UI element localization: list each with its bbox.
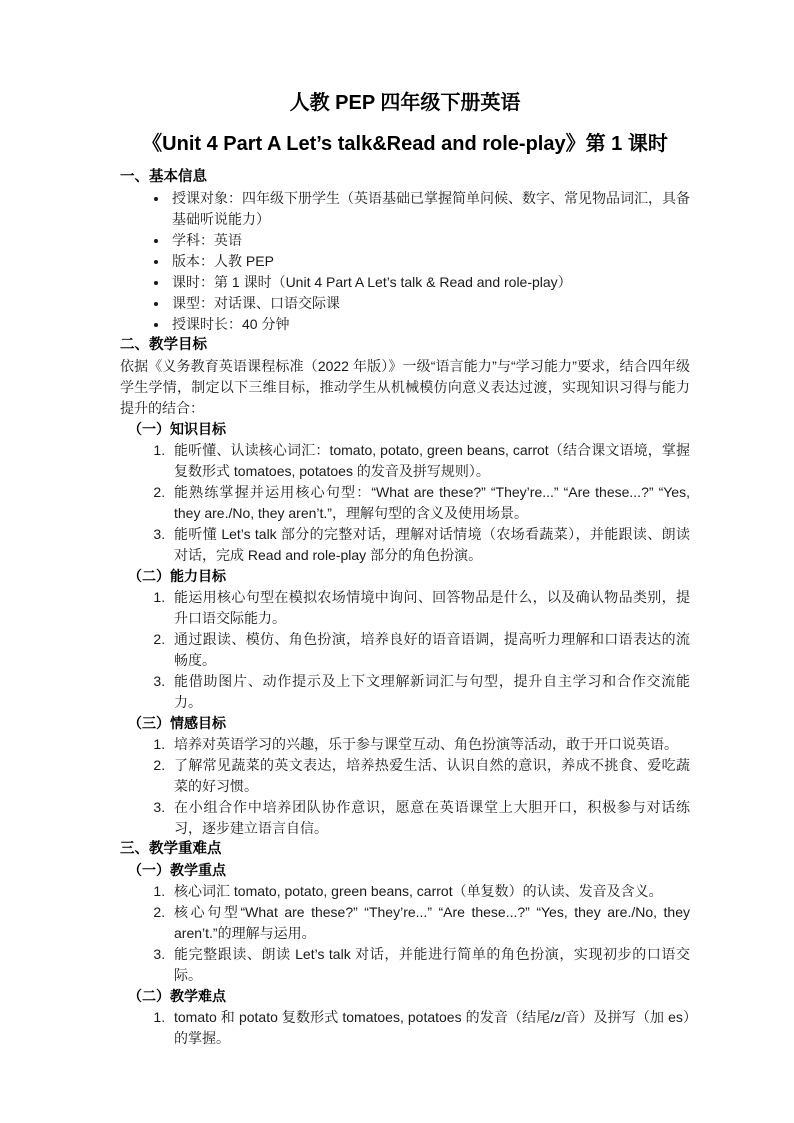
list-item: 在小组合作中培养团队协作意识，愿意在英语课堂上大胆开口，积极参与对话练习，逐步建… [169,797,690,839]
list-item: 课时：第 1 课时（Unit 4 Part A Let’s talk & Rea… [169,272,690,293]
section-basic-info: 一、基本信息 授课对象：四年级下册学生（英语基础已掌握简单问候、数字、常见物品词… [120,167,690,335]
objectives-intro: 依据《义务教育英语课程标准（2022 年版）》一级“语言能力”与“学习能力”要求… [120,356,690,419]
section-objectives: 二、教学目标 依据《义务教育英语课程标准（2022 年版）》一级“语言能力”与“… [120,335,690,839]
list-item: 课型：对话课、口语交际课 [169,293,690,314]
list-item: 能听懂、认读核心词汇：tomato, potato, green beans, … [169,440,690,482]
subsection-heading-difficulty: （二）教学难点 [128,986,690,1007]
section-heading-basic-info: 一、基本信息 [120,167,690,188]
section-heading-objectives: 二、教学目标 [120,335,690,356]
subsection-heading-emotion: （三）情感目标 [128,713,690,734]
list-item: 授课时长：40 分钟 [169,314,690,335]
section-heading-key-points: 三、教学重难点 [120,839,690,860]
list-item: 通过跟读、模仿、角色扮演，培养良好的语音语调，提高听力理解和口语表达的流畅度。 [169,629,690,671]
list-item: 授课对象：四年级下册学生（英语基础已掌握简单问候、数字、常见物品词汇，具备基础听… [169,188,690,230]
ability-goals-list: 能运用核心句型在模拟农场情境中询问、回答物品是什么，以及确认物品类别，提升口语交… [120,587,690,713]
list-item: 能熟练掌握并运用核心句型：“What are these?” “They’re.… [169,482,690,524]
list-item: 核心句型“What are these?” “They’re...” “Are … [169,902,690,944]
list-item: 学科：英语 [169,230,690,251]
list-item: 能借助图片、动作提示及上下文理解新词汇与句型，提升自主学习和合作交流能力。 [169,671,690,713]
list-item: 能运用核心句型在模拟农场情境中询问、回答物品是什么，以及确认物品类别，提升口语交… [169,587,690,629]
page-title: 人教 PEP 四年级下册英语 [120,90,690,116]
list-item: 版本：人教 PEP [169,251,690,272]
page-subtitle: 《Unit 4 Part A Let’s talk&Read and role-… [120,130,690,158]
list-item: 培养对英语学习的兴趣，乐于参与课堂互动、角色扮演等活动，敢于开口说英语。 [169,734,690,755]
list-item: 能完整跟读、朗读 Let’s talk 对话，并能进行简单的角色扮演，实现初步的… [169,944,690,986]
knowledge-goals-list: 能听懂、认读核心词汇：tomato, potato, green beans, … [120,440,690,566]
list-item: 核心词汇 tomato, potato, green beans, carrot… [169,881,690,902]
teaching-difficulty-list: tomato 和 potato 复数形式 tomatoes, potatoes … [120,1007,690,1049]
list-item: tomato 和 potato 复数形式 tomatoes, potatoes … [169,1007,690,1049]
subsection-heading-ability: （二）能力目标 [128,566,690,587]
subsection-heading-knowledge: （一）知识目标 [128,419,690,440]
basic-info-list: 授课对象：四年级下册学生（英语基础已掌握简单问候、数字、常见物品词汇，具备基础听… [120,188,690,335]
teaching-focus-list: 核心词汇 tomato, potato, green beans, carrot… [120,881,690,986]
section-key-points: 三、教学重难点 （一）教学重点 核心词汇 tomato, potato, gre… [120,839,690,1049]
emotion-goals-list: 培养对英语学习的兴趣，乐于参与课堂互动、角色扮演等活动，敢于开口说英语。 了解常… [120,734,690,839]
subsection-heading-focus: （一）教学重点 [128,860,690,881]
document-page: 人教 PEP 四年级下册英语 《Unit 4 Part A Let’s talk… [0,0,794,1123]
list-item: 了解常见蔬菜的英文表达，培养热爱生活、认识自然的意识，养成不挑食、爱吃蔬菜的好习… [169,755,690,797]
list-item: 能听懂 Let’s talk 部分的完整对话，理解对话情境（农场看蔬菜），并能跟… [169,524,690,566]
